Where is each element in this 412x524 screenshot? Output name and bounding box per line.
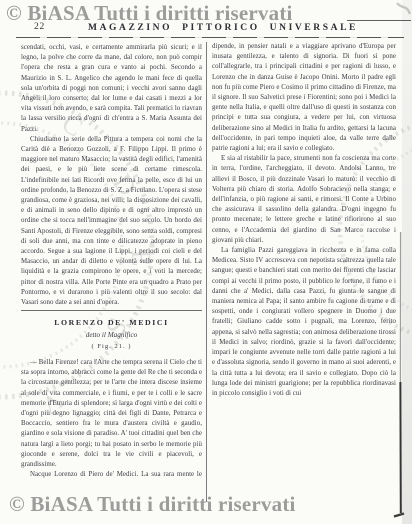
- section-divider-rule: [21, 310, 202, 311]
- left-column-upper-text: scendati, occhi, vasi, e certamente ammi…: [21, 43, 202, 308]
- figure-reference: ( Fig. 21. ): [21, 343, 202, 350]
- paragraph: Chiudiamo la serie della Pittura a tempe…: [21, 135, 202, 308]
- header-rule-right: [347, 20, 411, 21]
- left-column-lower-text: — Bella Firenze! cara l'Arte che tempra …: [21, 358, 202, 480]
- bottom-watermark: © BiASA Tutti i diritti riservati: [9, 492, 296, 517]
- header-rule: [16, 37, 404, 38]
- scanned-page: C D E S V © BiASA Tutti i diritti riserv…: [0, 0, 412, 524]
- paragraph: La famiglia Pazzi gareggiava in ricchezz…: [212, 246, 396, 399]
- journal-title: MAGAZZINO PITTORICO UNIVERSALE: [44, 23, 402, 33]
- paragraph: scendati, occhi, vasi, e certamente ammi…: [21, 43, 202, 135]
- paragraph: Nacque Lorenzo di Piero de' Medici. La s…: [21, 470, 202, 480]
- section-title: LORENZO DE' MEDICI: [21, 318, 202, 327]
- right-column: dipende, in pensier natali e a viaggiare…: [212, 42, 396, 504]
- page-edge-shade: [402, 0, 412, 524]
- paragraph: — Bella Firenze! cara l'Arte che tempra …: [21, 358, 202, 470]
- paragraph: dipende, in pensier natali e a viaggiare…: [212, 42, 396, 154]
- column-divider-rule: [206, 42, 207, 502]
- left-column: scendati, occhi, vasi, e certamente ammi…: [21, 43, 202, 480]
- section-subtitle: detto il Magnifico: [21, 331, 202, 339]
- paragraph: E sia al ristabilir la pace, strumenti n…: [212, 154, 396, 246]
